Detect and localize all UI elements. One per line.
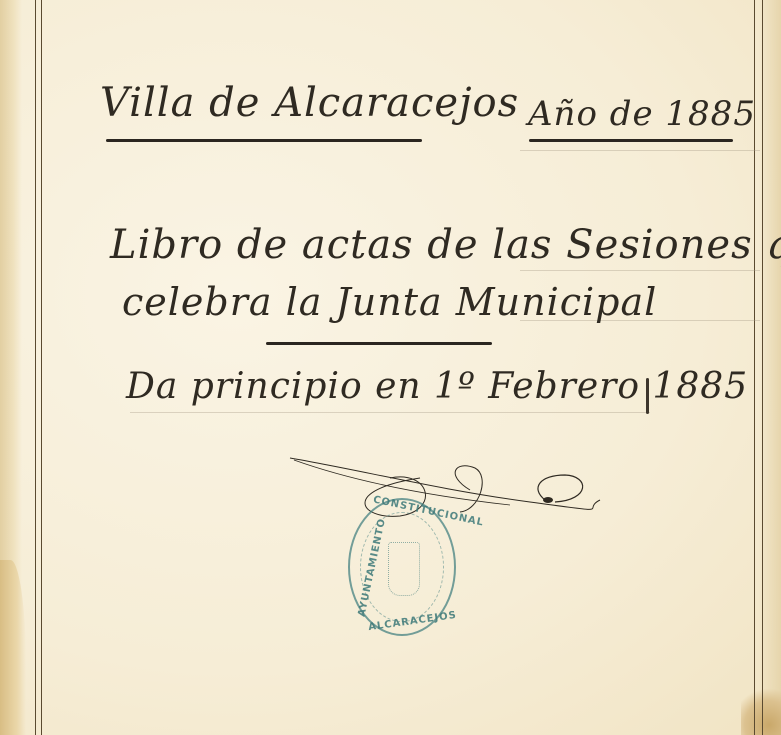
header-year-underline xyxy=(529,139,733,142)
header-year: Año de 1885 xyxy=(528,94,756,134)
title-line-2: celebra la Junta Municipal xyxy=(122,280,657,324)
start-date-line: Da principio en 1º Febrero 1885 xyxy=(126,366,748,407)
closing-mark xyxy=(646,378,649,414)
document-page: Villa de Alcaracejos Año de 1885 Libro d… xyxy=(0,0,781,735)
stamp-crest-icon xyxy=(388,542,420,596)
margin-rule-left-outer xyxy=(35,0,36,735)
header-location: Villa de Alcaracejos xyxy=(100,80,519,126)
margin-rule-right-outer xyxy=(762,0,763,735)
title-underline xyxy=(266,342,492,345)
margin-rule-left-inner xyxy=(41,0,42,735)
guide-line xyxy=(520,150,760,151)
municipal-stamp: CONSTITUCIONAL AYUNTAMIENTO ALCARACEJOS xyxy=(348,498,456,636)
paper-stain-right-bottom xyxy=(741,685,781,735)
paper-stain-left-bottom xyxy=(0,560,26,735)
title-line-1: Libro de actas de las Sesiones que xyxy=(110,222,781,268)
header-location-underline xyxy=(106,139,422,142)
guide-line xyxy=(520,270,760,271)
guide-line xyxy=(130,412,650,413)
